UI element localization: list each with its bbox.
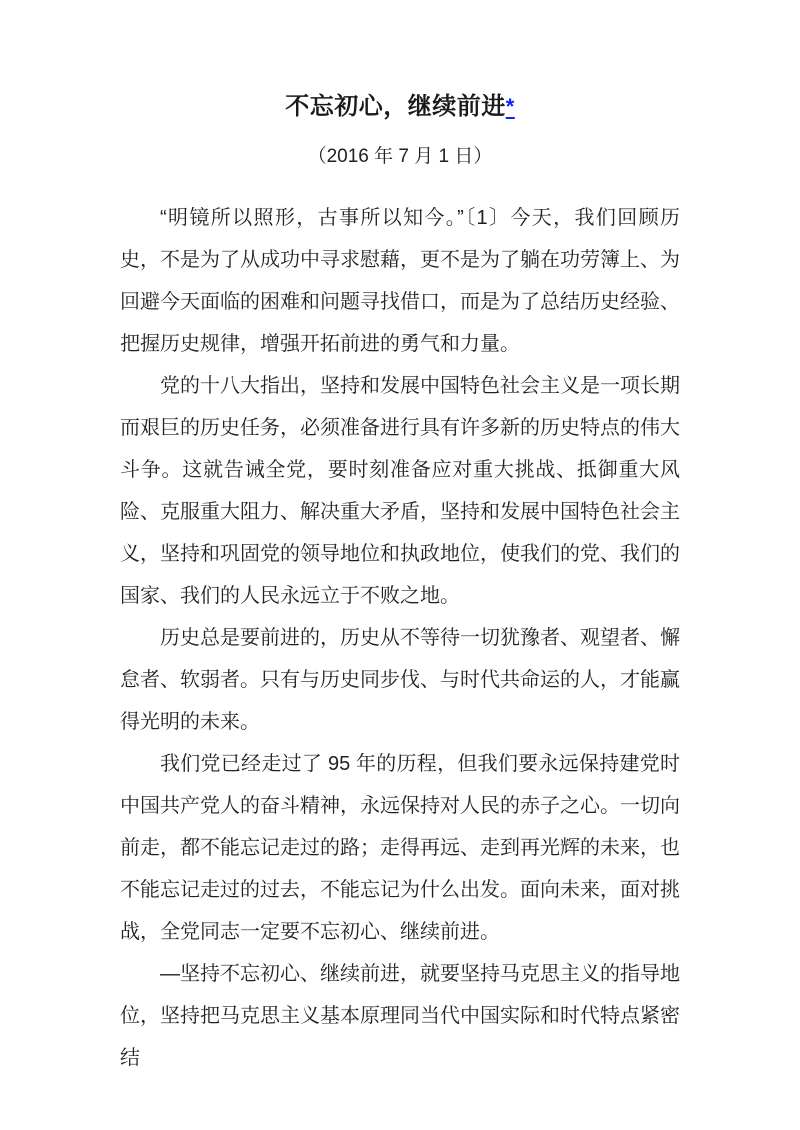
footnote-asterisk-link[interactable]: * [506,94,515,119]
paragraph: “明镜所以照形，古事所以知今。”〔1〕今天，我们回顾历史，不是为了从成功中寻求慰… [120,197,680,365]
paragraph: 我们党已经走过了 95 年的历程，但我们要永远保持建党时中国共产党人的奋斗精神，… [120,743,680,953]
document-date: （2016 年 7 月 1 日） [120,143,680,171]
document-title: 不忘初心，继续前进* [120,88,680,126]
document-title-text: 不忘初心，继续前进 [285,93,506,120]
paragraph: 历史总是要前进的，历史从不等待一切犹豫者、观望者、懈怠者、软弱者。只有与历史同步… [120,617,680,743]
paragraph: 党的十八大指出，坚持和发展中国特色社会主义是一项长期而艰巨的历史任务，必须准备进… [120,365,680,617]
document-body: “明镜所以照形，古事所以知今。”〔1〕今天，我们回顾历史，不是为了从成功中寻求慰… [120,197,680,1079]
paragraph: —坚持不忘初心、继续前进，就要坚持马克思主义的指导地位，坚持把马克思主义基本原理… [120,953,680,1079]
document-page: 不忘初心，继续前进* （2016 年 7 月 1 日） “明镜所以照形，古事所以… [0,0,800,1130]
